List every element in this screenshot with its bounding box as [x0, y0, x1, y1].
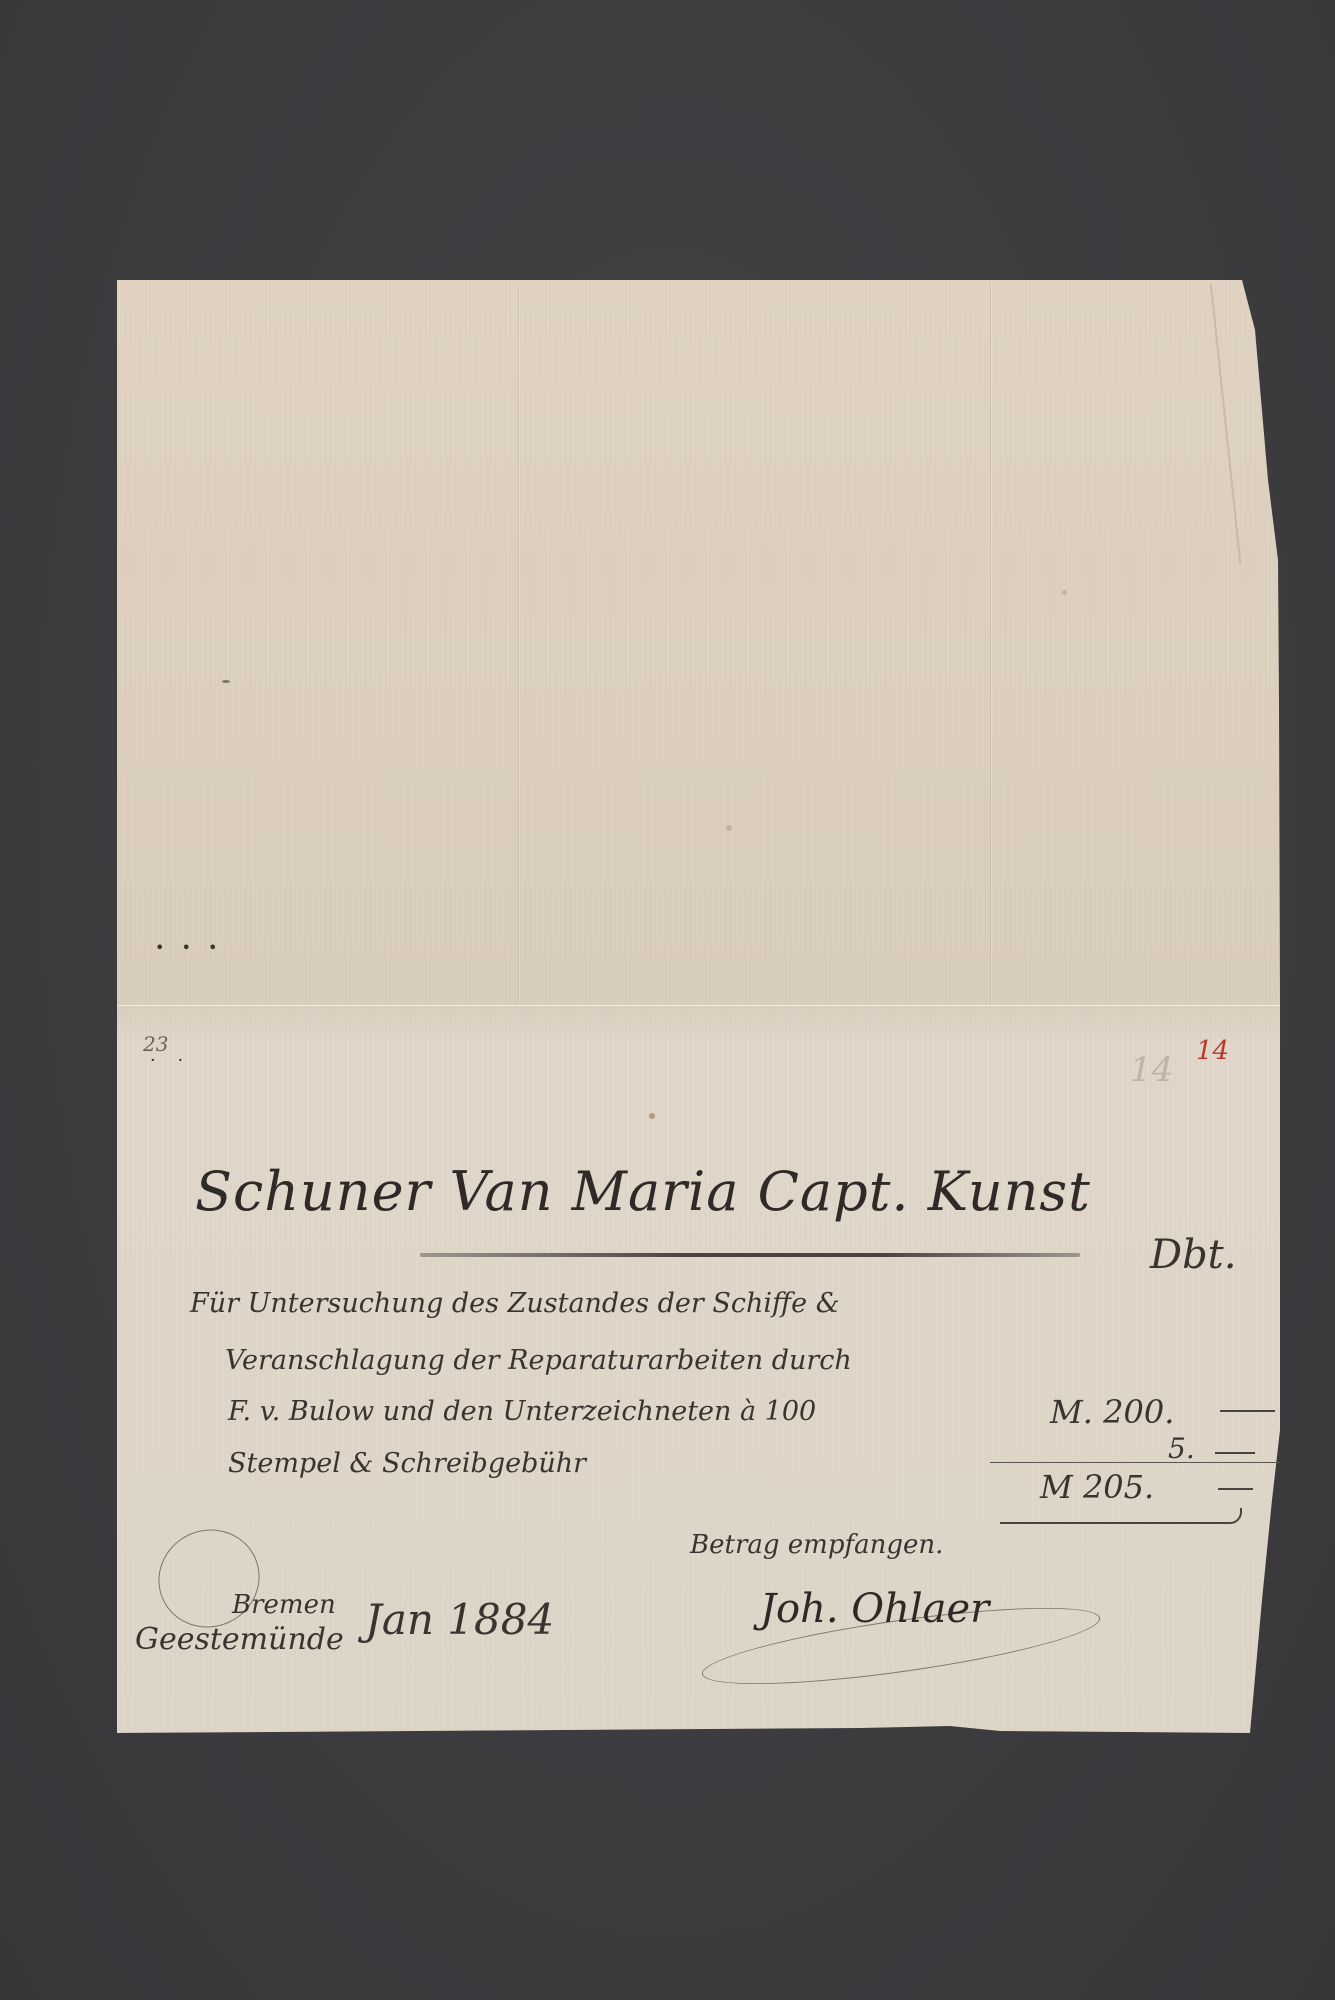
- body-line-1: Für Untersuchung des Zustandes der Schif…: [190, 1288, 840, 1319]
- amount-stamp-fee: 5.: [1168, 1432, 1195, 1465]
- body-line-4: Stempel & Schreibgebühr: [228, 1448, 586, 1479]
- amount-fee: M. 200.: [1050, 1393, 1174, 1431]
- received-note: Betrag empfangen.: [690, 1530, 943, 1560]
- stray-marks: · ·: [150, 1050, 191, 1071]
- document-title: Schuner Van Maria Capt. Kunst: [195, 1160, 1091, 1223]
- ink-spot: [726, 825, 732, 831]
- sum-rule: [990, 1462, 1280, 1463]
- amount-total: M 205.: [1040, 1468, 1154, 1506]
- paper-background: [0, 0, 1335, 2000]
- body-line-2: Veranschlagung der Reparaturarbeiten dur…: [225, 1345, 852, 1376]
- ink-spot: [649, 1113, 655, 1119]
- amount-dash: [1215, 1452, 1255, 1454]
- total-flourish: [1000, 1508, 1242, 1524]
- title-underline: [420, 1253, 1080, 1257]
- debit-label: Dbt.: [1150, 1232, 1236, 1278]
- stray-marks: • • •: [155, 938, 223, 957]
- pencil-archive-number: 14: [1130, 1050, 1173, 1090]
- body-line-3: F. v. Bulow und den Unterzeichneten à 10…: [228, 1396, 816, 1427]
- place-line-1: Bremen: [232, 1590, 336, 1620]
- document-sheet: • • • 23 · · 14 14 Schuner Van Maria Cap…: [0, 0, 1335, 2000]
- vertical-fold-line-right: [990, 282, 992, 1004]
- horizontal-fold-line: [117, 1004, 1280, 1007]
- amount-dash: [1218, 1488, 1253, 1490]
- document-date: Jan 1884: [365, 1595, 554, 1644]
- archive-number-red: 14: [1196, 1036, 1229, 1066]
- amount-dash: [1220, 1410, 1275, 1412]
- place-line-2: Geestemünde: [135, 1622, 344, 1657]
- ink-spot: [1062, 590, 1067, 595]
- vertical-fold-line-left: [518, 282, 520, 1004]
- signature: Joh. Ohlaer: [760, 1586, 989, 1632]
- ink-mark: [222, 680, 230, 683]
